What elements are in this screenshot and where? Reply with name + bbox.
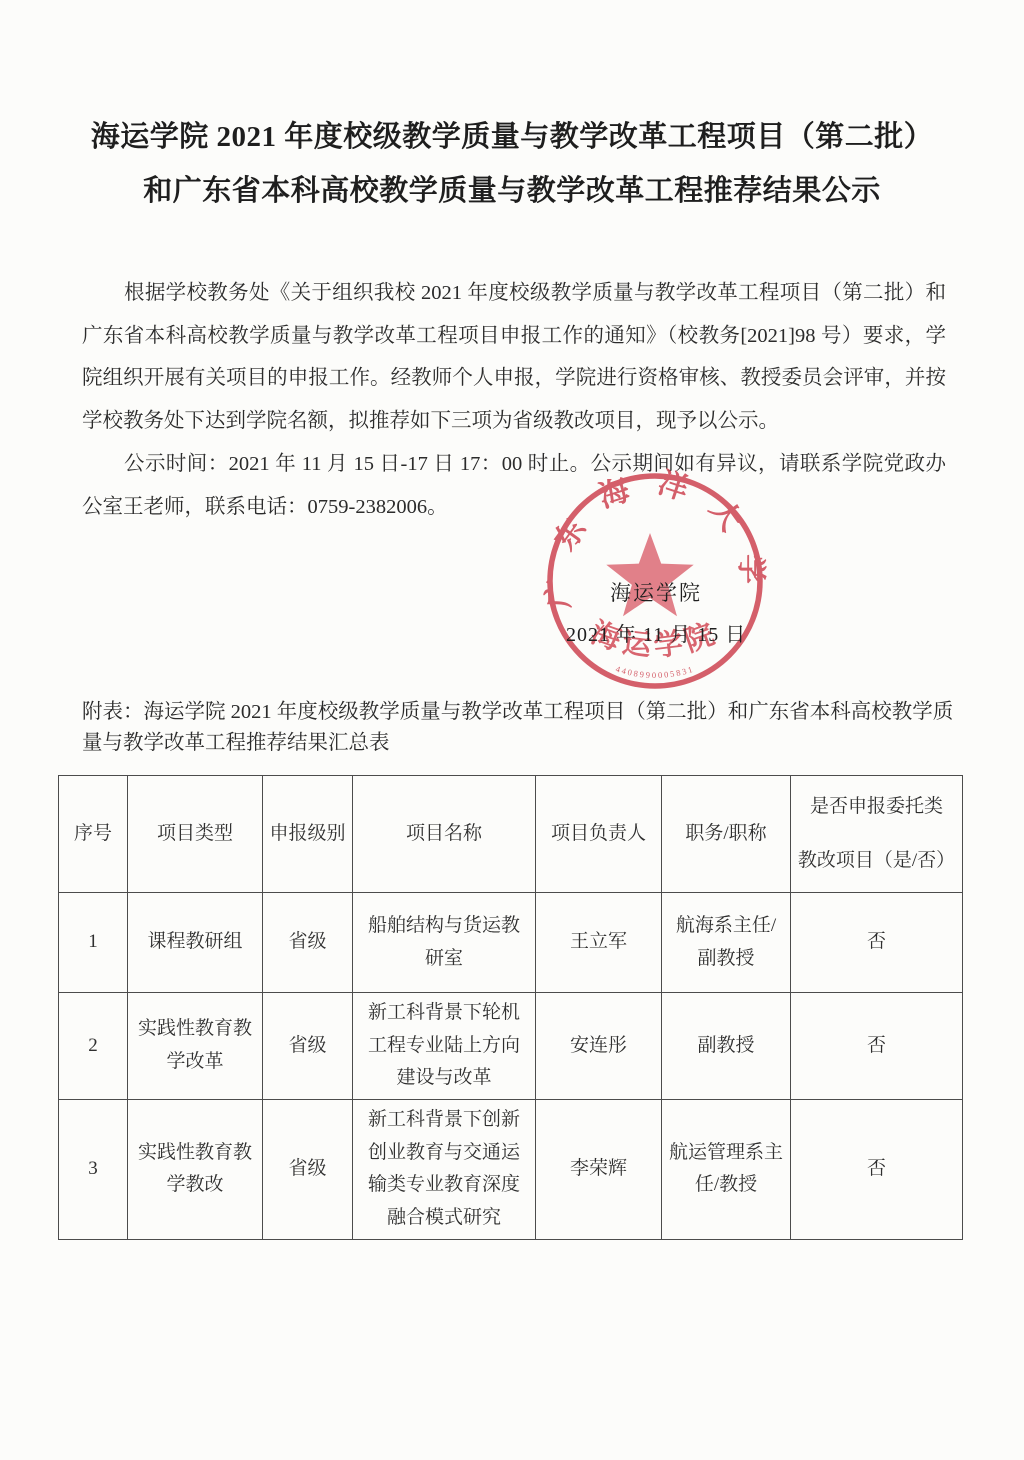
appendix-table-caption: 附表：海运学院 2021 年度校级教学质量与教学改革工程项目（第二批）和广东省本… [82, 697, 962, 759]
paragraph-notice-basis: 根据学校教务处《关于组织我校 2021 年度校级教学质量与教学改革工程项目（第二… [82, 272, 946, 442]
seal-serial-number: 4408990005831 [615, 664, 696, 680]
header-project-type: 项目类型 [128, 776, 263, 893]
cell-title: 航运管理系主任/教授 [662, 1100, 791, 1240]
table-header-row: 序号 项目类型 申报级别 项目名称 项目负责人 职务/职称 是否申报委托类 教改… [59, 776, 963, 893]
signature-unit-name: 海运学院 [610, 577, 702, 607]
cell-title: 副教授 [662, 993, 791, 1100]
recommendation-summary-table: 序号 项目类型 申报级别 项目名称 项目负责人 职务/职称 是否申报委托类 教改… [58, 775, 963, 1240]
table-row: 2 实践性教育教学改革 省级 新工科背景下轮机工程专业陆上方向建设与改革 安连彤… [59, 993, 963, 1100]
cell-level: 省级 [263, 1100, 353, 1240]
cell-no: 2 [59, 993, 128, 1100]
signature-date: 2021 年 11 月 15 日 [566, 618, 746, 647]
cell-entrusted: 否 [791, 1100, 963, 1240]
cell-level: 省级 [263, 993, 353, 1100]
document-page: 海运学院 2021 年度校级教学质量与教学改革工程项目（第二批） 和广东省本科高… [0, 0, 1024, 1460]
cell-leader: 王立军 [536, 893, 662, 993]
cell-entrusted: 否 [791, 893, 963, 993]
header-application-level: 申报级别 [263, 776, 353, 893]
cell-name: 船舶结构与货运教研室 [353, 893, 536, 993]
cell-type: 课程教研组 [128, 893, 263, 993]
document-title: 海运学院 2021 年度校级教学质量与教学改革工程项目（第二批） 和广东省本科高… [40, 110, 984, 218]
cell-no: 3 [59, 1100, 128, 1240]
cell-type: 实践性教育教学改革 [128, 993, 263, 1100]
cell-type: 实践性教育教学教改 [128, 1100, 263, 1240]
cell-no: 1 [59, 893, 128, 993]
cell-name: 新工科背景下创新创业教育与交通运输类专业教育深度融合模式研究 [353, 1100, 536, 1240]
title-line-2: 和广东省本科高校教学质量与教学改革工程推荐结果公示 [40, 164, 984, 218]
header-entrusted-project: 是否申报委托类 教改项目（是/否） [791, 776, 963, 893]
table-row: 3 实践性教育教学教改 省级 新工科背景下创新创业教育与交通运输类专业教育深度融… [59, 1100, 963, 1240]
paragraph-publicity-period: 公示时间：2021 年 11 月 15 日-17 日 17：00 时止。公示期间… [82, 443, 946, 528]
cell-leader: 安连彤 [536, 993, 662, 1100]
header-project-name: 项目名称 [353, 776, 536, 893]
table-row: 1 课程教研组 省级 船舶结构与货运教研室 王立军 航海系主任/副教授 否 [59, 893, 963, 993]
cell-title: 航海系主任/副教授 [662, 893, 791, 993]
header-position-title: 职务/职称 [662, 776, 791, 893]
cell-name: 新工科背景下轮机工程专业陆上方向建设与改革 [353, 993, 536, 1100]
title-line-1: 海运学院 2021 年度校级教学质量与教学改革工程项目（第二批） [40, 110, 984, 164]
cell-level: 省级 [263, 893, 353, 993]
cell-entrusted: 否 [791, 993, 963, 1100]
header-entrusted-line-2: 教改项目（是/否） [797, 834, 956, 888]
header-serial-no: 序号 [59, 776, 128, 893]
cell-leader: 李荣辉 [536, 1100, 662, 1240]
header-entrusted-line-1: 是否申报委托类 [797, 780, 956, 834]
header-project-leader: 项目负责人 [536, 776, 662, 893]
